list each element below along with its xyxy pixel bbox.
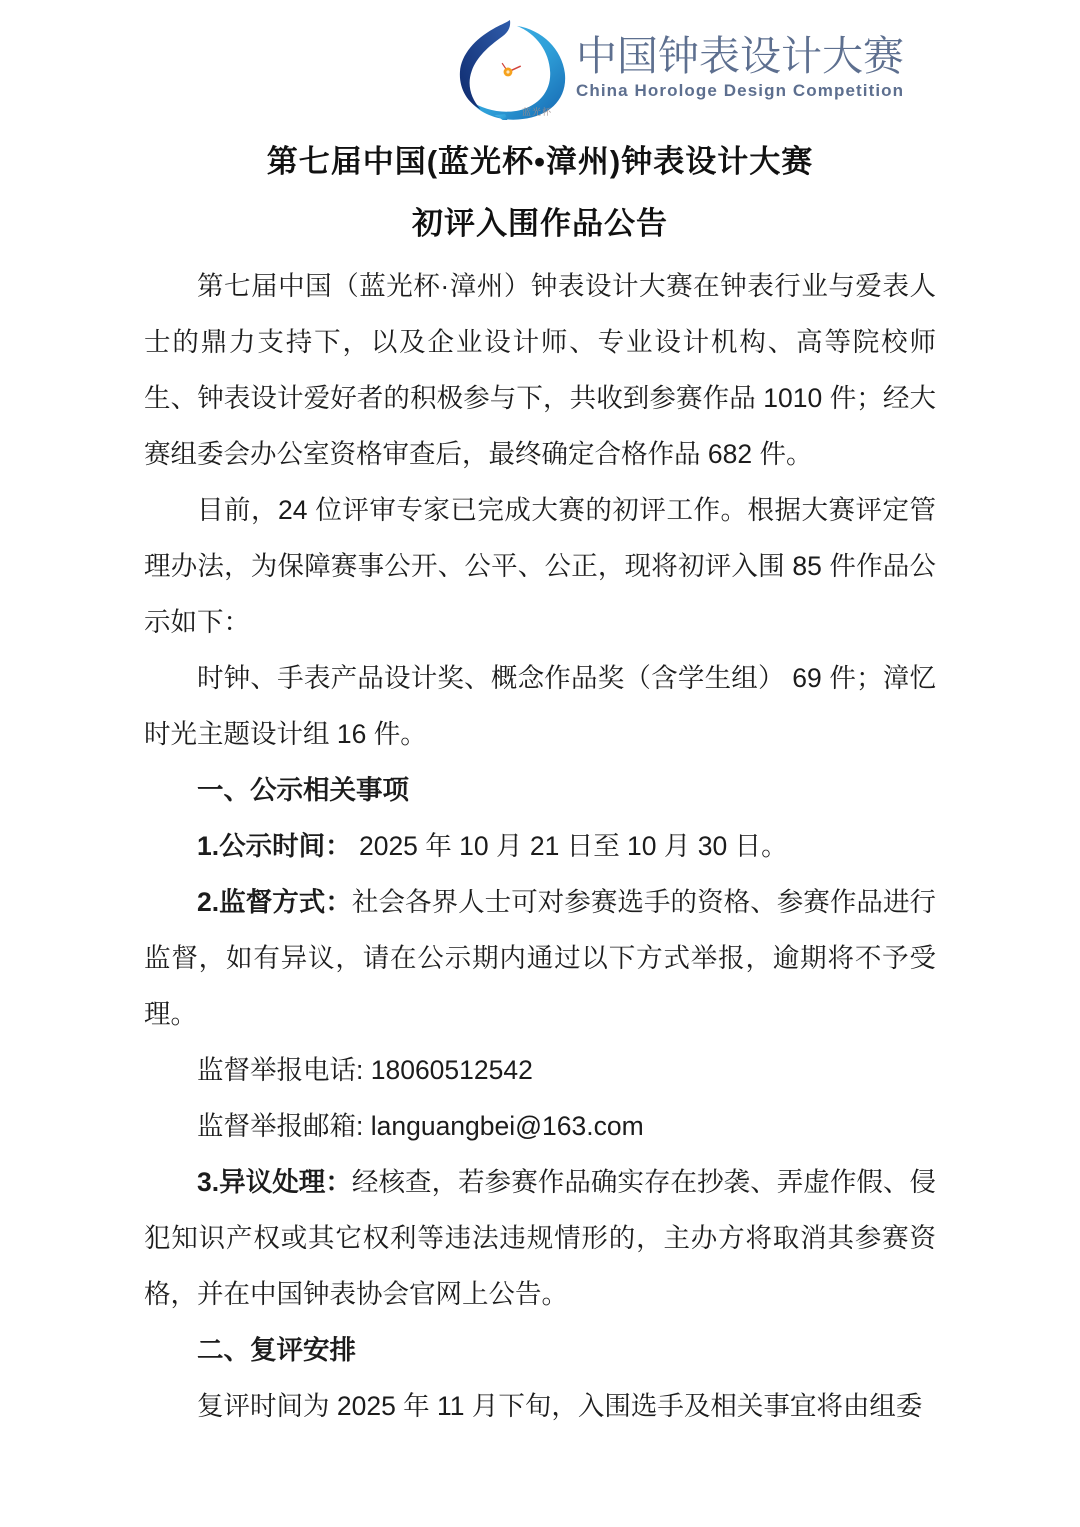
- document-body: 第七届中国（蓝光杯·漳州）钟表设计大赛在钟表行业与爱表人士的鼎力支持下，以及企业…: [144, 258, 936, 1434]
- logo-header: 蓝光杯 中国钟表设计大赛 China Horologe Design Compe…: [448, 20, 904, 120]
- logo-subtitle-en: China Horologe Design Competition: [576, 81, 904, 101]
- item-publicity-time: 1.公示时间： 2025 年 10 月 21 日至 10 月 30 日。: [144, 818, 936, 874]
- report-phone-label: 监督举报电话:: [197, 1055, 371, 1085]
- document-title: 第七届中国(蓝光杯•漳州)钟表设计大赛: [0, 131, 1080, 193]
- report-email-address: languangbei@163.com: [371, 1111, 644, 1141]
- item-publicity-time-label: 1.公示时间：: [197, 831, 352, 861]
- report-email-line: 监督举报邮箱: languangbei@163.com: [144, 1098, 936, 1154]
- logo-caption: 蓝光杯: [522, 105, 552, 118]
- paragraph-shortlist-counts: 时钟、手表产品设计奖、概念作品奖（含学生组） 69 件；漳忆时光主题设计组 16…: [144, 650, 936, 762]
- report-email-label: 监督举报邮箱:: [197, 1111, 371, 1141]
- document-title-block: 第七届中国(蓝光杯•漳州)钟表设计大赛 初评入围作品公告: [0, 131, 1080, 255]
- competition-logo: 蓝光杯: [448, 20, 566, 120]
- section-1-heading: 一、公示相关事项: [144, 762, 936, 818]
- report-phone-line: 监督举报电话: 18060512542: [144, 1042, 936, 1098]
- paragraph-review-status: 目前，24 位评审专家已完成大赛的初评工作。根据大赛评定管理办法，为保障赛事公开…: [144, 482, 936, 650]
- paragraph-intro: 第七届中国（蓝光杯·漳州）钟表设计大赛在钟表行业与爱表人士的鼎力支持下，以及企业…: [144, 258, 936, 482]
- logo-title-cn: 中国钟表设计大赛: [576, 34, 904, 80]
- logo-textblock: 中国钟表设计大赛 China Horologe Design Competiti…: [576, 20, 904, 101]
- report-phone-number: 18060512542: [371, 1055, 533, 1085]
- item-objection-handling-label: 3.异议处理：: [197, 1167, 352, 1197]
- item-publicity-time-text: 2025 年 10 月 21 日至 10 月 30 日。: [352, 831, 788, 861]
- item-supervision-method: 2.监督方式：社会各界人士可对参赛选手的资格、参赛作品进行监督，如有异议，请在公…: [144, 874, 936, 1042]
- item-objection-handling: 3.异议处理：经核查，若参赛作品确实存在抄袭、弄虚作假、侵犯知识产权或其它权利等…: [144, 1154, 936, 1322]
- paragraph-reevaluation-schedule: 复评时间为 2025 年 11 月下旬，入围选手及相关事宜将由组委: [144, 1378, 936, 1434]
- item-supervision-method-label: 2.监督方式：: [197, 887, 352, 917]
- document-subtitle: 初评入围作品公告: [0, 193, 1080, 255]
- section-2-heading: 二、复评安排: [144, 1322, 936, 1378]
- document-page: 蓝光杯 中国钟表设计大赛 China Horologe Design Compe…: [0, 0, 1080, 1527]
